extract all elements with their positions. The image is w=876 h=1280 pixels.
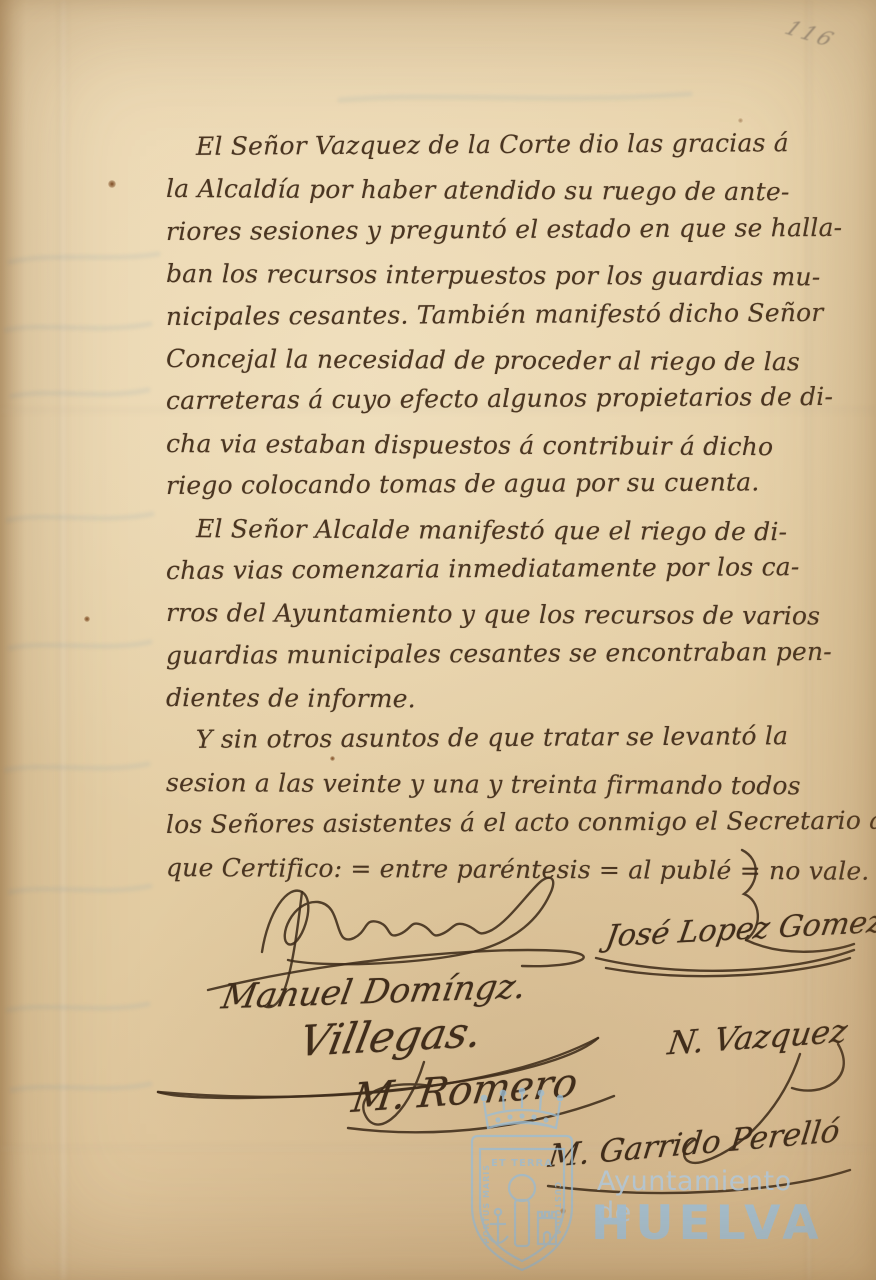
anchor-icon bbox=[488, 1209, 508, 1244]
manuscript-line: los Señores asistentes á el acto conmigo… bbox=[166, 800, 872, 847]
folio-number: 116 bbox=[781, 16, 841, 52]
manuscript-line: riores sesiones y preguntó el estado en … bbox=[166, 206, 872, 253]
foxing-spot bbox=[84, 616, 90, 622]
manuscript-line: que Certifico: = entre paréntesis = al p… bbox=[166, 847, 872, 893]
signature-n-vazquez: N. Vazquez bbox=[666, 1012, 850, 1063]
manuscript-text: El Señor Vazquez de la Corte dio las gra… bbox=[166, 126, 872, 889]
manuscript-line: riego colocando tomas de agua por su cue… bbox=[166, 461, 872, 508]
watermark-city-name: HUELVA bbox=[591, 1196, 824, 1251]
manuscript-line: guardias municipales cesantes se encontr… bbox=[166, 630, 872, 677]
manuscript-line: chas vias comenzaria inmediatamente por … bbox=[166, 546, 872, 593]
signature-m-romero: M. Romero bbox=[349, 1060, 580, 1122]
shield-motto-left: PORTUS MARIS bbox=[482, 1164, 491, 1244]
signature-jose-lopez-gomez: José Lopez Gomez bbox=[603, 905, 876, 955]
page-edge-left bbox=[0, 0, 26, 1280]
manuscript-page: 116 El Señor Vazquez de la Corte dio las… bbox=[0, 0, 876, 1280]
manuscript-line: nicipales cesantes. También manifestó di… bbox=[166, 291, 872, 338]
shield-motto-top: ET TERRA bbox=[491, 1158, 553, 1169]
castle-tower-icon bbox=[538, 1212, 556, 1244]
foxing-spot bbox=[108, 180, 116, 188]
manuscript-line: El Señor Vazquez de la Corte dio las gra… bbox=[166, 122, 872, 169]
manuscript-line: carreteras á cuyo efecto algunos propiet… bbox=[166, 376, 872, 423]
watermark-org-name: Ayuntamiento de bbox=[597, 1166, 792, 1228]
column-capital bbox=[509, 1175, 535, 1201]
signature-villegas: Villegas. bbox=[295, 1007, 486, 1066]
foxing-spot bbox=[560, 1208, 566, 1214]
manuscript-line: Y sin otros asuntos de que tratar se lev… bbox=[166, 715, 872, 762]
huelva-coat-of-arms-icon: ET TERRA PORTUS MARIS CUSTODIA bbox=[452, 1086, 592, 1280]
fold-line-left bbox=[58, 0, 68, 1280]
signature-m-garrido: M. Garrido Perelló bbox=[546, 1113, 841, 1175]
